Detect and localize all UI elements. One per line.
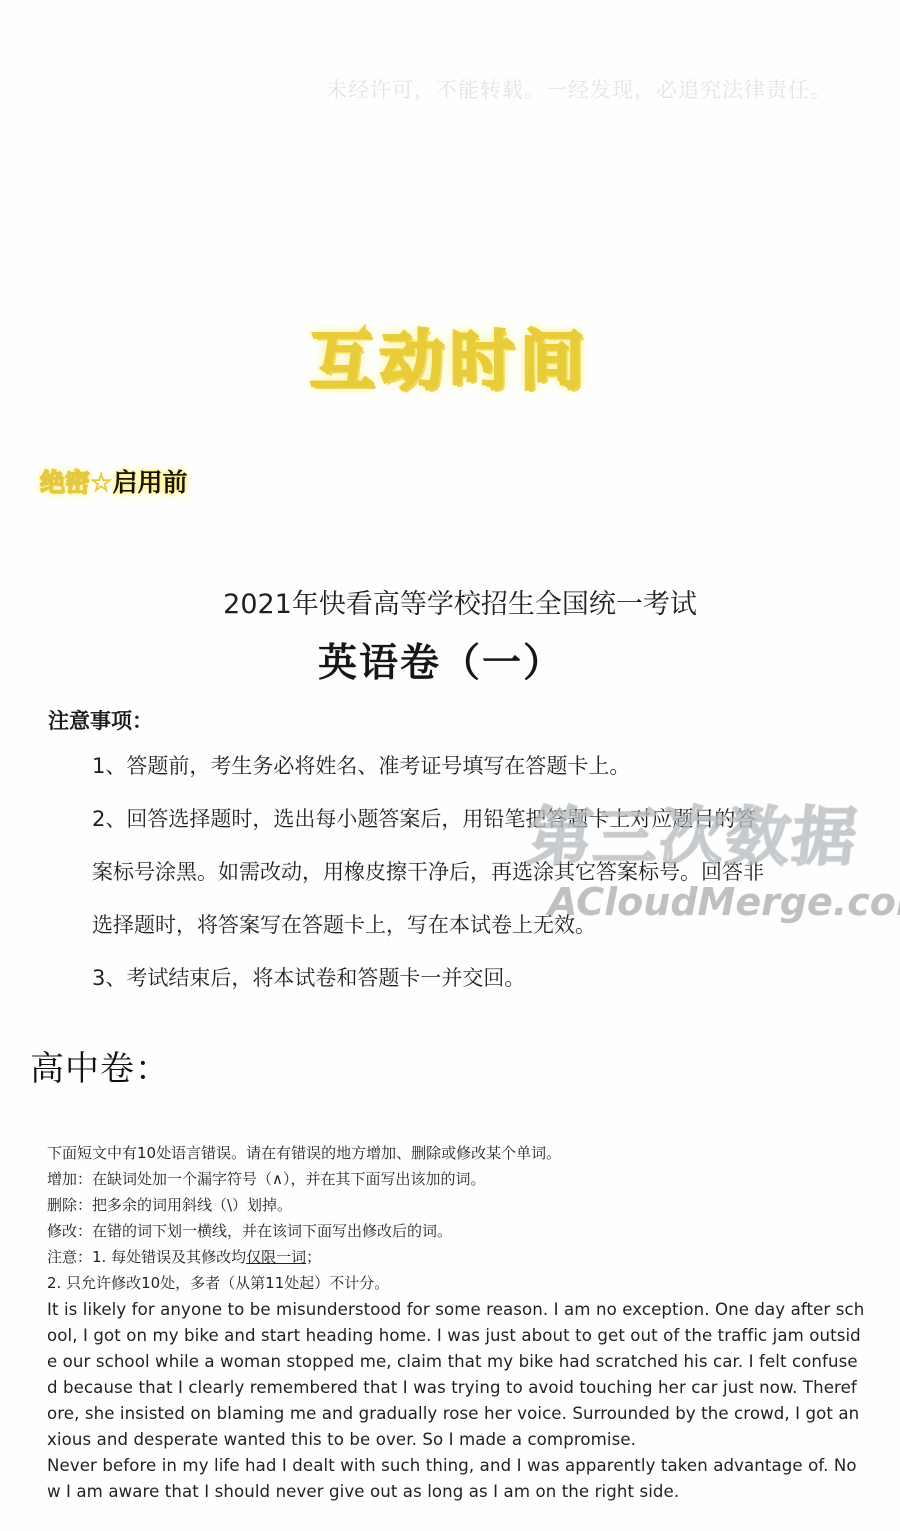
banner-title: 互动时间 [0, 322, 900, 402]
exam-page: 未经许可，不能转载。一经发现，必追究法律责任。 互动时间 绝密☆启用前 2021… [0, 0, 900, 1531]
instruction-line: 删除：把多余的词用斜线（\）划掉。 [47, 1192, 867, 1218]
note-line: 案标号涂黑。如需改动，用橡皮擦干净后，再选涂其它答案标号。回答非 [92, 854, 852, 890]
passage-line: It is likely for anyone to be misunderst… [47, 1297, 877, 1323]
copyright-notice: 未经许可，不能转载。一经发现，必追究法律责任。 [326, 74, 832, 104]
passage-text: It is likely for anyone to be misunderst… [47, 1297, 877, 1505]
passage-line: Never before in my life had I dealt with… [47, 1453, 877, 1479]
exam-subtitle: 英语卷（一） [318, 638, 564, 690]
instruction-line: 增加：在缺词处加一个漏字符号（∧），并在其下面写出该加的词。 [47, 1166, 867, 1192]
instruction-note-prefix: 注意：1. 每处错误及其修改均 [47, 1248, 246, 1266]
note-line: 选择题时，将答案写在答题卡上，写在本试卷上无效。 [92, 907, 852, 943]
instruction-line: 修改：在错的词下划一横线，并在该词下面写出修改后的词。 [47, 1218, 867, 1244]
passage-line: w I am aware that I should never give ou… [47, 1479, 877, 1505]
error-correction-instructions: 下面短文中有10处语言错误。请在有错误的地方增加、删除或修改某个单词。 增加：在… [47, 1140, 867, 1296]
instruction-note-suffix: ； [306, 1248, 321, 1266]
star-icon: ☆ [90, 468, 112, 497]
instruction-line: 下面短文中有10处语言错误。请在有错误的地方增加、删除或修改某个单词。 [47, 1140, 867, 1166]
passage-line: ore, she insisted on blaming me and grad… [47, 1401, 877, 1427]
section-heading: 高中卷： [30, 1045, 170, 1093]
passage-line: d because that I clearly remembered that… [47, 1375, 877, 1401]
notes-list: 1、答题前，考生务必将姓名、准考证号填写在答题卡上。 2、回答选择题时，选出每小… [92, 748, 852, 1013]
passage-line: xious and desperate wanted this to be ov… [47, 1427, 877, 1453]
confidential-label: 绝密☆启用前 [40, 466, 187, 500]
instruction-note-underlined: 仅限一词 [246, 1248, 306, 1266]
instruction-line: 注意：1. 每处错误及其修改均仅限一词； [47, 1244, 867, 1270]
before-use-label: 启用前 [112, 468, 187, 497]
note-line: 3、考试结束后，将本试卷和答题卡一并交回。 [92, 960, 852, 996]
secret-label: 绝密 [40, 468, 90, 497]
exam-title: 2021年快看高等学校招生全国统一考试 [0, 585, 900, 625]
passage-line: ool, I got on my bike and start heading … [47, 1323, 877, 1349]
note-line: 2、回答选择题时，选出每小题答案后，用铅笔把答题卡上对应题目的答 [92, 801, 852, 837]
passage-line: e our school while a woman stopped me, c… [47, 1349, 877, 1375]
note-line: 1、答题前，考生务必将姓名、准考证号填写在答题卡上。 [92, 748, 852, 784]
instruction-line: 2. 只允许修改10处，多者（从第11处起）不计分。 [47, 1270, 867, 1296]
notes-heading: 注意事项： [48, 706, 153, 736]
